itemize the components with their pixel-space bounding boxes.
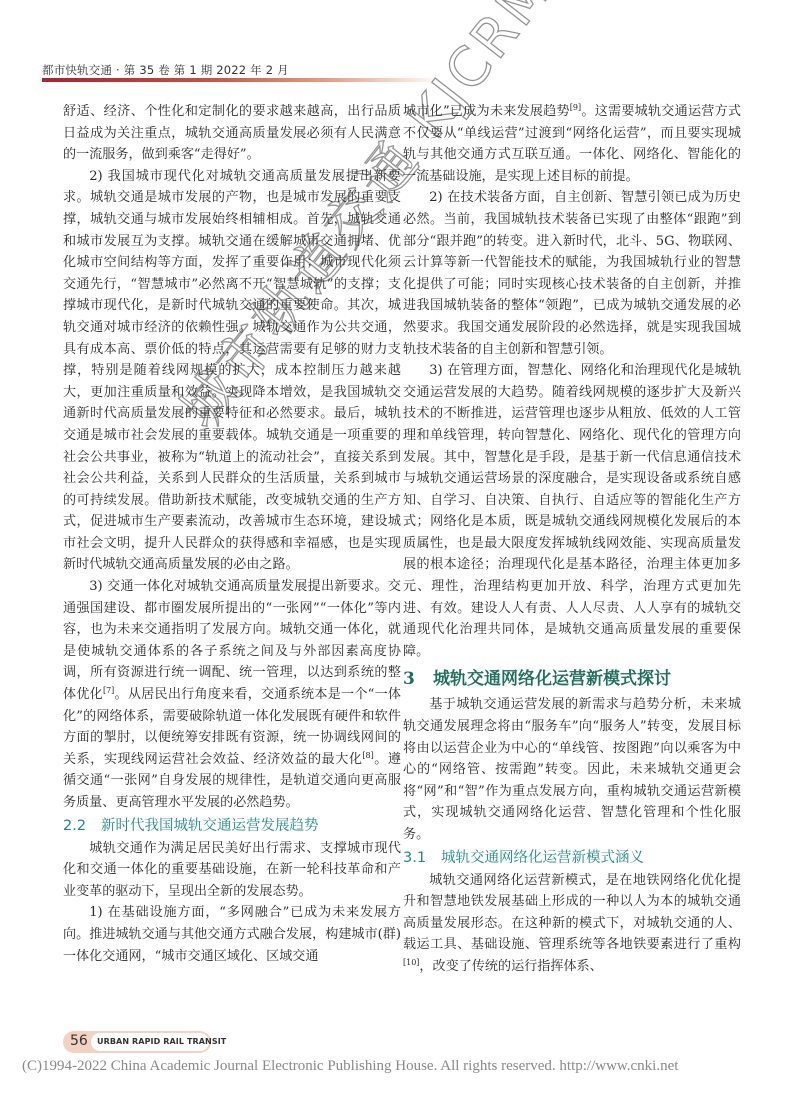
journal-name-en: URBAN RAPID RAIL TRANSIT bbox=[97, 1037, 226, 1046]
paragraph: 城轨交通作为满足居民美好出行需求、支撑城市现代化和交通一体化的重要基础设施，在新… bbox=[63, 838, 401, 903]
paragraph: 舒适、经济、个性化和定制化的要求越来越高，出行品质日益成为关注重点，城轨交通高质… bbox=[63, 101, 401, 166]
citation-ref[interactable]: [9] bbox=[570, 103, 581, 112]
paragraph: 3) 在管理方面，智慧化、网络化和治理现代化是城轨交通运营发展的大趋势。随着线网… bbox=[403, 360, 741, 662]
text-run: 城市化”已成为未来发展趋势 bbox=[403, 104, 570, 119]
left-column: 舒适、经济、个性化和定制化的要求越来越高，出行品质日益成为关注重点，城轨交通高质… bbox=[63, 101, 401, 967]
text-run: 城轨交通网络化运营新模式，是在地铁网络化优化提升和智慧地铁发展基础上形成的一种以… bbox=[403, 873, 741, 953]
paragraph: 2) 在技术装备方面，自主创新、智慧引领已成为历史必然。当前，我国城轨技术装备已… bbox=[403, 187, 741, 360]
text-run: ，改变了传统的运行指挥体系、 bbox=[419, 959, 602, 974]
section-number: 3 bbox=[403, 666, 433, 692]
paragraph: 1) 在基础设施方面，“多网融合”已成为未来发展方向。推进城轨交通与其他交通方式… bbox=[63, 902, 401, 967]
section-number: 2.2 bbox=[63, 815, 101, 837]
citation-ref[interactable]: [10] bbox=[403, 958, 419, 967]
paragraph: 城轨交通网络化运营新模式，是在地铁网络化优化提升和智慧地铁发展基础上形成的一种以… bbox=[403, 870, 741, 978]
section-heading-2-2: 2.2新时代我国城轨交通运营发展趋势 bbox=[63, 815, 401, 837]
right-column: 城市化”已成为未来发展趋势[9]。这需要城轨交通运营方式不仅要从“单线运营”过渡… bbox=[403, 101, 741, 978]
section-number: 3.1 bbox=[403, 847, 441, 869]
section-heading-3-1: 3.1城轨交通网络化运营新模式涵义 bbox=[403, 847, 741, 869]
page-number: 56 bbox=[70, 1033, 88, 1049]
paragraph: 城市化”已成为未来发展趋势[9]。这需要城轨交通运营方式不仅要从“单线运营”过渡… bbox=[403, 101, 741, 187]
text-run: 。从居民出行角度来看，交通系统本是一个“一体化”的网络体系，需要破除轨道一体化发… bbox=[63, 687, 401, 767]
section-title: 新时代我国城轨交通运营发展趋势 bbox=[101, 818, 319, 834]
copyright-notice: (C)1994-2022 China Academic Journal Elec… bbox=[22, 1058, 678, 1075]
citation-ref[interactable]: [7] bbox=[103, 686, 114, 695]
section-title: 城轨交通网络化运营新模式涵义 bbox=[441, 850, 644, 866]
paragraph: 基于城轨交通运营发展的新需求与趋势分析，未来城轨交通发展理念将由“服务车”向“服… bbox=[403, 694, 741, 845]
paragraph: 2) 我国城市现代化对城轨交通高质量发展提出新要求。城轨交通是城市发展的产物，也… bbox=[63, 166, 401, 576]
header-rule bbox=[42, 78, 442, 82]
paragraph: 3) 交通一体化对城轨交通高质量发展提出新要求。交通强国建设、都市圈发展所提出的… bbox=[63, 576, 401, 814]
citation-ref[interactable]: [8] bbox=[362, 751, 373, 760]
section-title: 城轨交通网络化运营新模式探讨 bbox=[433, 669, 671, 689]
running-head: 都市快轨交通 · 第 35 卷 第 1 期 2022 年 2 月 bbox=[42, 62, 289, 78]
text-run: 3) 交通一体化对城轨交通高质量发展提出新要求。交通强国建设、都市圈发展所提出的… bbox=[63, 579, 401, 702]
section-heading-3: 3城轨交通网络化运营新模式探讨 bbox=[403, 666, 741, 692]
